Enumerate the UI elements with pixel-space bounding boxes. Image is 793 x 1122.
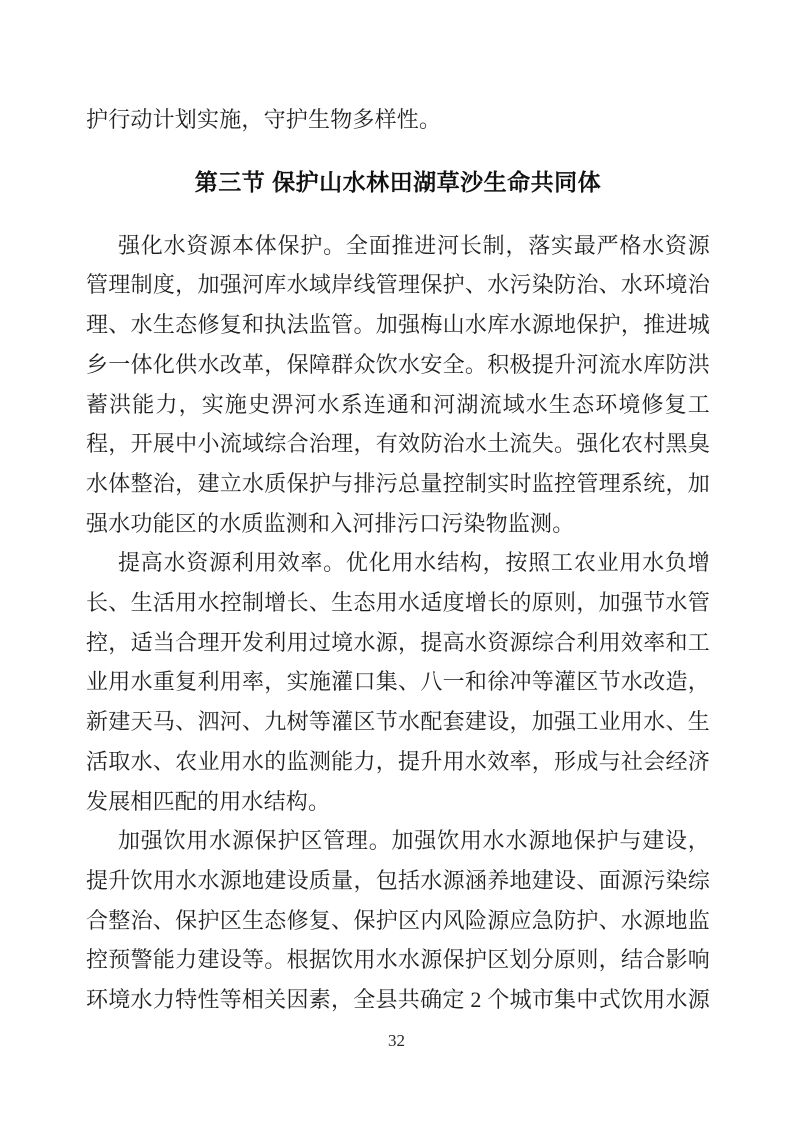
body-line: 业用水重复利用率，实施灌口集、八一和徐冲等灌区节水改造， bbox=[86, 662, 710, 702]
body-line: 理、水生态修复和执法监管。加强梅山水库水源地保护，推进城 bbox=[86, 305, 710, 345]
body-line: 控预警能力建设等。根据饮用水水源保护区划分原则，结合影响 bbox=[86, 940, 710, 980]
continuation-line: 护行动计划实施，守护生物多样性。 bbox=[86, 100, 710, 140]
page-content: 护行动计划实施，守护生物多样性。 第三节 保护山水林田湖草沙生命共同体 强化水资… bbox=[86, 100, 710, 1020]
body-line: 乡一体化供水改革，保障群众饮水安全。积极提升河流水库防洪 bbox=[86, 345, 710, 385]
body-line: 加强饮用水源保护区管理。加强饮用水水源地保护与建设， bbox=[86, 821, 710, 861]
body-line: 长、生活用水控制增长、生态用水适度增长的原则，加强节水管 bbox=[86, 583, 710, 623]
body-line: 水体整治，建立水质保护与排污总量控制实时监控管理系统，加 bbox=[86, 464, 710, 504]
body-line: 合整治、保护区生态修复、保护区内风险源应急防护、水源地监 bbox=[86, 901, 710, 941]
section-heading: 第三节 保护山水林田湖草沙生命共同体 bbox=[86, 162, 710, 202]
body-line: 强水功能区的水质监测和入河排污口污染物监测。 bbox=[86, 504, 710, 544]
body-line: 提高水资源利用效率。优化用水结构，按照工农业用水负增 bbox=[86, 543, 710, 583]
body-line: 提升饮用水水源地建设质量，包括水源涵养地建设、面源污染综 bbox=[86, 861, 710, 901]
paragraph-3: 加强饮用水源保护区管理。加强饮用水水源地保护与建设， 提升饮用水水源地建设质量，… bbox=[86, 821, 710, 1020]
body-line: 管理制度，加强河库水域岸线管理保护、水污染防治、水环境治 bbox=[86, 265, 710, 305]
body-line: 蓄洪能力，实施史淠河水系连通和河湖流域水生态环境修复工 bbox=[86, 385, 710, 425]
body-line: 新建天马、泗河、九树等灌区节水配套建设，加强工业用水、生 bbox=[86, 702, 710, 742]
document-page: 护行动计划实施，守护生物多样性。 第三节 保护山水林田湖草沙生命共同体 强化水资… bbox=[0, 0, 793, 1122]
page-number: 32 bbox=[0, 1031, 793, 1051]
body-line: 活取水、农业用水的监测能力，提升用水效率，形成与社会经济 bbox=[86, 742, 710, 782]
body-line: 发展相匹配的用水结构。 bbox=[86, 782, 710, 822]
body-line: 控，适当合理开发利用过境水源，提高水资源综合利用效率和工 bbox=[86, 623, 710, 663]
paragraph-2: 提高水资源利用效率。优化用水结构，按照工农业用水负增 长、生活用水控制增长、生态… bbox=[86, 543, 710, 821]
body-line: 环境水力特性等相关因素，全县共确定 2 个城市集中式饮用水源 bbox=[86, 980, 710, 1020]
body-line: 程，开展中小流域综合治理，有效防治水土流失。强化农村黑臭 bbox=[86, 424, 710, 464]
paragraph-1: 强化水资源本体保护。全面推进河长制，落实最严格水资源 管理制度，加强河库水域岸线… bbox=[86, 226, 710, 544]
body-line: 强化水资源本体保护。全面推进河长制，落实最严格水资源 bbox=[86, 226, 710, 266]
